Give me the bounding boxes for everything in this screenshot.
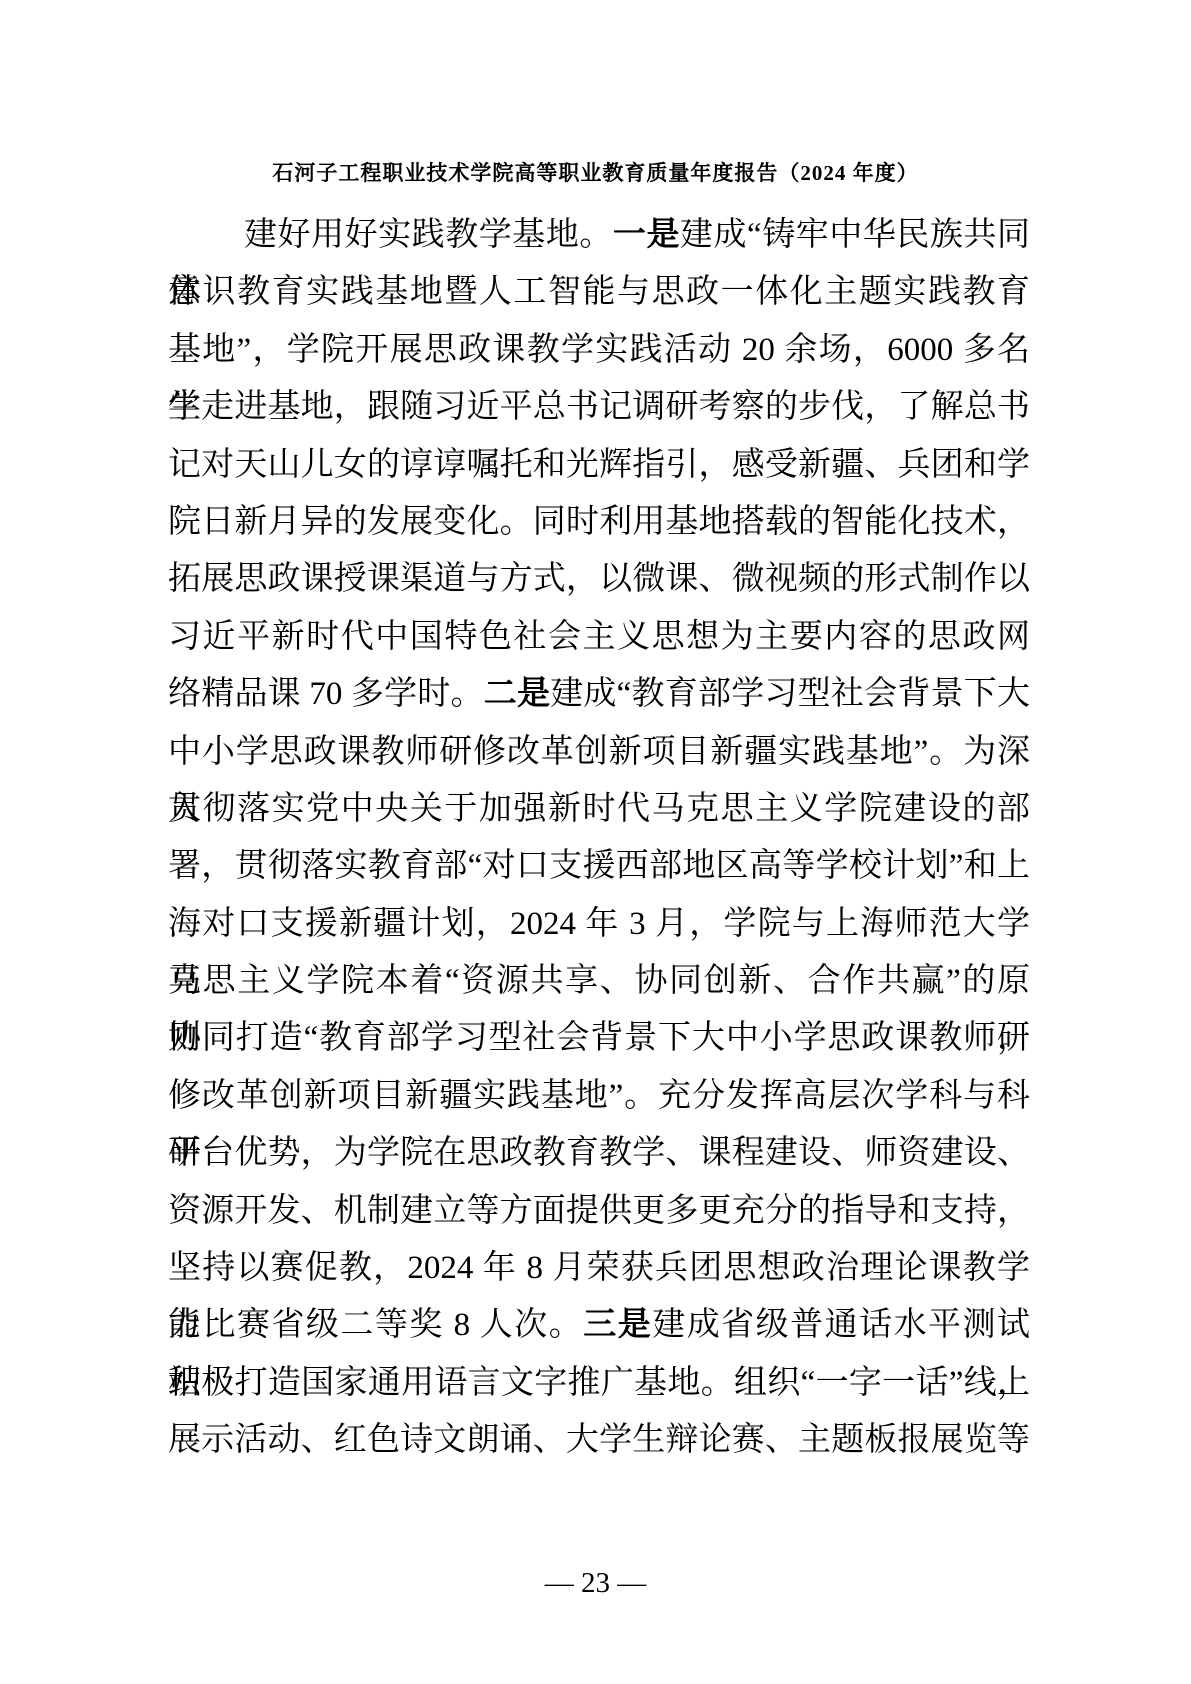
body-line: 修改革创新项目新疆实践基地”。充分发挥高层次学科与科研 xyxy=(168,1068,1030,1125)
text-segment: 拓展思政课授课渠道与方式，以微课、微视频的形式制作以 xyxy=(168,561,1030,597)
text-segment: 院日新月异的发展变化。同时利用基地搭载的智能化技术， xyxy=(168,504,1030,540)
body-line: 资源开发、机制建立等方面提供更多更充分的指导和支持， xyxy=(168,1183,1030,1240)
body-line: 拓展思政课授课渠道与方式，以微课、微视频的形式制作以 xyxy=(168,551,1030,608)
body-line: 海对口支援新疆计划，2024 年 3 月，学院与上海师范大学马 xyxy=(168,896,1030,953)
text-segment: 积极打造国家通用语言文字推广基地。组织“一字一话”线上 xyxy=(168,1365,1030,1401)
body-line: 协同打造“教育部学习型社会背景下大中小学思政课教师研 xyxy=(168,1010,1030,1067)
text-segment: 意识教育实践基地暨人工智能与思政一体化主题实践教育 xyxy=(168,274,1030,310)
text-segment: 署，贯彻落实教育部“对口支援西部地区高等学校计划”和上 xyxy=(168,848,1030,884)
page-header: 石河子工程职业技术学院高等职业教育质量年度报告（2024 年度） xyxy=(0,159,1191,187)
body-line: 贯彻落实党中央关于加强新时代马克思主义学院建设的部 xyxy=(168,781,1030,838)
body-line: 积极打造国家通用语言文字推广基地。组织“一字一话”线上 xyxy=(168,1355,1030,1412)
body-line: 坚持以赛促教，2024 年 8 月荣获兵团思想政治理论课教学能 xyxy=(168,1240,1030,1297)
body-line: 络精品课 70 多学时。二是建成“教育部学习型社会背景下大 xyxy=(168,666,1030,723)
text-segment: 生走进基地，跟随习近平总书记调研考察的步伐，了解总书 xyxy=(168,389,1030,425)
bold-text-segment: 三是 xyxy=(583,1307,652,1343)
body-line: 习近平新时代中国特色社会主义思想为主要内容的思政网 xyxy=(168,609,1030,666)
text-segment: 贯彻落实党中央关于加强新时代马克思主义学院建设的部 xyxy=(168,791,1030,827)
text-segment: 展示活动、红色诗文朗诵、大学生辩论赛、主题板报展览等 xyxy=(168,1422,1030,1458)
body-line: 建好用好实践教学基地。一是建成“铸牢中华民族共同体 xyxy=(168,207,1030,264)
body-line: 展示活动、红色诗文朗诵、大学生辩论赛、主题板报展览等 xyxy=(168,1412,1030,1469)
text-segment: 习近平新时代中国特色社会主义思想为主要内容的思政网 xyxy=(168,619,1030,655)
text-segment: 络精品课 70 多学时。 xyxy=(168,676,484,712)
text-segment: 资源开发、机制建立等方面提供更多更充分的指导和支持， xyxy=(168,1193,1030,1229)
text-segment: 协同打造“教育部学习型社会背景下大中小学思政课教师研 xyxy=(168,1020,1030,1056)
body-line: 基地”，学院开展思政课教学实践活动 20 余场，6000 多名学 xyxy=(168,322,1030,379)
bold-text-segment: 二是 xyxy=(484,676,550,712)
document-page: 石河子工程职业技术学院高等职业教育质量年度报告（2024 年度） 建好用好实践教… xyxy=(0,0,1191,1684)
body-line: 意识教育实践基地暨人工智能与思政一体化主题实践教育 xyxy=(168,264,1030,321)
text-segment: 记对天山儿女的谆谆嘱托和光辉指引，感受新疆、兵团和学 xyxy=(168,447,1030,483)
body-line: 署，贯彻落实教育部“对口支援西部地区高等学校计划”和上 xyxy=(168,838,1030,895)
text-segment: 力比赛省级二等奖 8 人次。 xyxy=(168,1307,583,1343)
body-line: 平台优势，为学院在思政教育教学、课程建设、师资建设、 xyxy=(168,1125,1030,1182)
text-segment: 平台优势，为学院在思政教育教学、课程建设、师资建设、 xyxy=(168,1135,1030,1171)
document-body: 建好用好实践教学基地。一是建成“铸牢中华民族共同体意识教育实践基地暨人工智能与思… xyxy=(168,207,1030,1470)
body-line: 中小学思政课教师研修改革创新项目新疆实践基地”。为深入 xyxy=(168,724,1030,781)
body-line: 生走进基地，跟随习近平总书记调研考察的步伐，了解总书 xyxy=(168,379,1030,436)
text-segment: 建好用好实践教学基地。 xyxy=(244,217,613,253)
bold-text-segment: 一是 xyxy=(613,217,680,253)
body-line: 力比赛省级二等奖 8 人次。三是建成省级普通话水平测试站， xyxy=(168,1297,1030,1354)
body-line: 院日新月异的发展变化。同时利用基地搭载的智能化技术， xyxy=(168,494,1030,551)
body-line: 记对天山儿女的谆谆嘱托和光辉指引，感受新疆、兵团和学 xyxy=(168,437,1030,494)
text-segment: 建成“教育部学习型社会背景下大 xyxy=(550,676,1030,712)
page-number: — 23 — xyxy=(0,1566,1191,1600)
body-line: 克思主义学院本着“资源共享、协同创新、合作共赢”的原则， xyxy=(168,953,1030,1010)
